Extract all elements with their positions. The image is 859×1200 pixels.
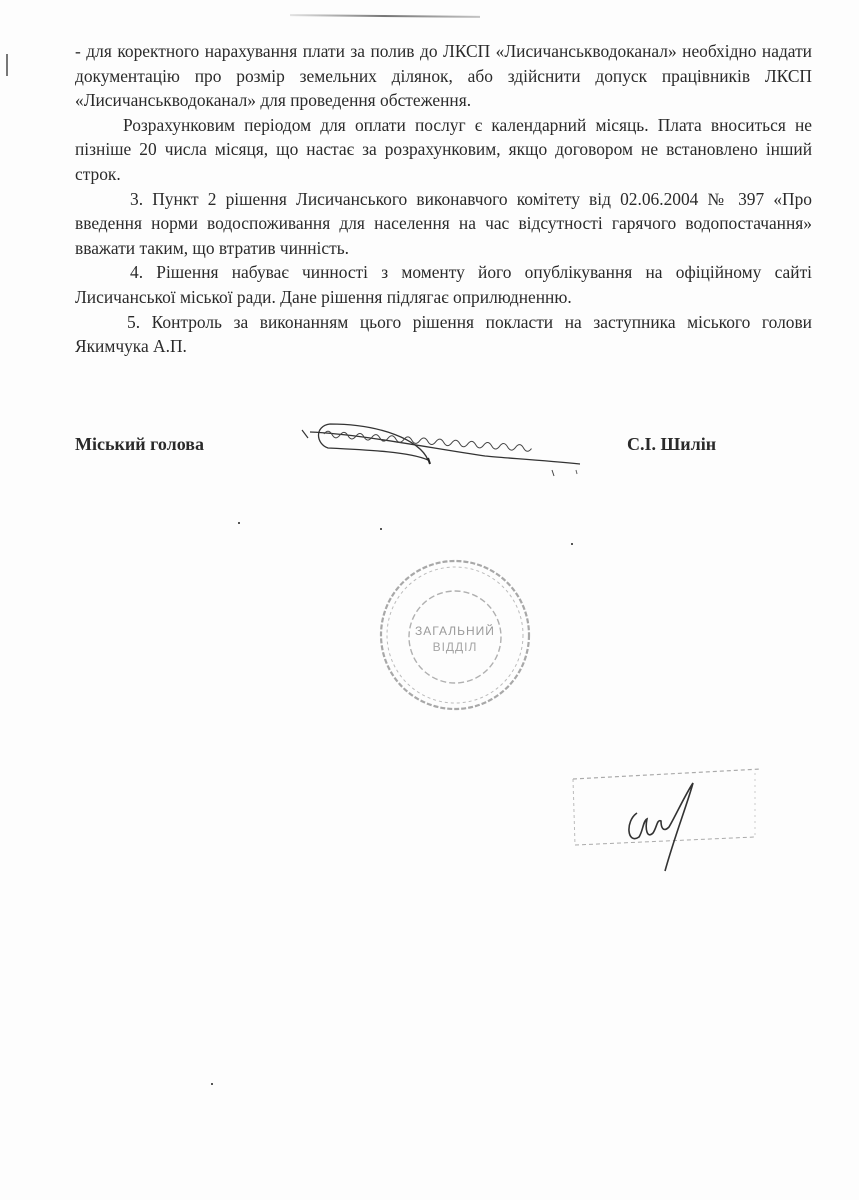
scan-speck — [380, 528, 382, 530]
official-stamp-icon: ЗАГАЛЬНИЙ ВІДДІЛ — [375, 555, 535, 715]
paragraph-billing-period: Розрахунковим періодом для оплати послуг… — [75, 113, 812, 187]
paragraph-item-5: 5. Контроль за виконанням цього рішення … — [75, 310, 812, 359]
paragraph-item-3: 3. Пункт 2 рішення Лисичанського виконав… — [75, 187, 812, 261]
svg-text:ЗАГАЛЬНИЙ: ЗАГАЛЬНИЙ — [415, 623, 495, 638]
scan-speck — [238, 522, 240, 524]
scan-speck — [211, 1083, 213, 1085]
scan-artifact-line — [290, 14, 480, 18]
signatory-title: Міський голова — [75, 434, 204, 455]
handwritten-signature-icon — [300, 420, 600, 480]
svg-text:ВІДДІЛ: ВІДДІЛ — [433, 640, 478, 654]
scan-speck — [571, 543, 573, 545]
scan-edge-mark — [6, 54, 8, 76]
document-body: - для коректного нарахування плати за по… — [75, 39, 812, 359]
document-page: - для коректного нарахування плати за по… — [0, 0, 859, 1200]
signature-block: Міський голова С.І. Шилін — [0, 434, 859, 494]
approval-stamp-with-signature-icon — [565, 765, 765, 875]
paragraph-item-4: 4. Рішення набуває чинності з моменту йо… — [75, 260, 812, 309]
signatory-name: С.І. Шилін — [627, 434, 716, 455]
paragraph-irrigation-docs: - для коректного нарахування плати за по… — [75, 39, 812, 113]
